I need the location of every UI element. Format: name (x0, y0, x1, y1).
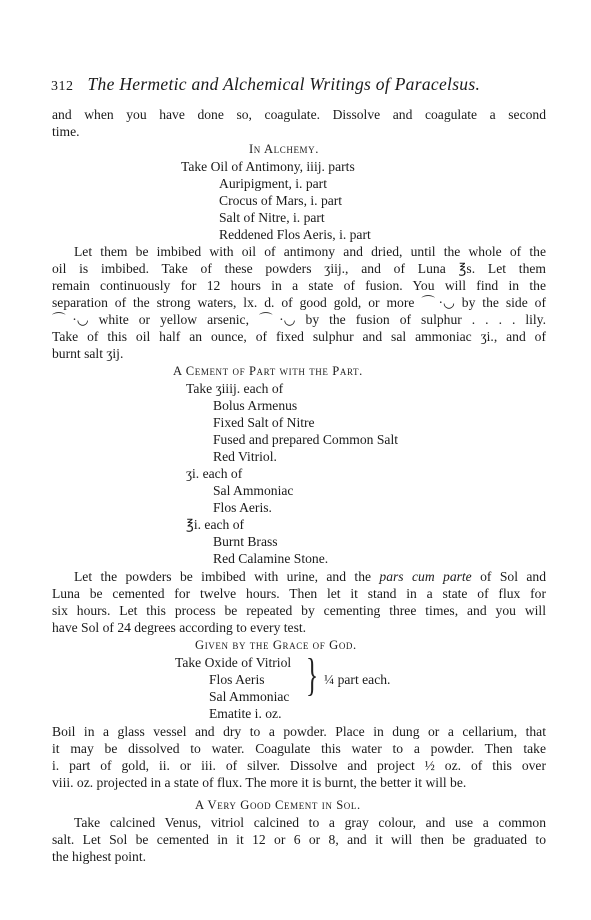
body-line: Take calcined Venus, vitriol calcined to… (52, 814, 546, 831)
recipe-ingredient: Sal Ammoniac (209, 688, 289, 705)
section-heading: A Very Good Cement in Sol. (195, 797, 361, 814)
recipe-ingredient: Sal Ammoniac (213, 482, 293, 499)
body-line: Let the powders be imbibed with urine, a… (52, 568, 546, 585)
body-line: i. part of gold, ii. or iii. of silver. … (52, 757, 546, 774)
body-line: the highest point. (52, 848, 546, 865)
body-line: time. (52, 123, 546, 140)
body-line: separation of the strong waters, lx. d. … (52, 294, 546, 311)
latin-phrase: pars cum parte (379, 569, 471, 584)
recipe-ingredient: Flos Aeris. (213, 499, 272, 516)
body-line: and when you have done so, coagulate. Di… (52, 106, 546, 123)
body-line: it may be dissolved to water. Coagulate … (52, 740, 546, 757)
recipe-ingredient: Fixed Salt of Nitre (213, 414, 315, 431)
recipe-ingredient: Auripigment, i. part (219, 175, 327, 192)
running-head: 312The Hermetic and Alchemical Writings … (51, 74, 480, 95)
page-number: 312 (51, 79, 74, 95)
section-heading: Given by the Grace of God. (195, 637, 357, 654)
recipe-take-line: Take Oxide of Vitriol (175, 654, 291, 671)
recipe-take-line: ʒi. each of (186, 465, 242, 482)
body-line: Take of this oil half an ounce, of fixed… (52, 328, 546, 345)
body-line: Let them be imbibed with oil of antimony… (52, 243, 546, 260)
recipe-ingredient: Burnt Brass (213, 533, 278, 550)
body-line: Luna be cemented for twelve hours. Then … (52, 585, 546, 602)
recipe-ingredient: Salt of Nitre, i. part (219, 209, 325, 226)
recipe-ingredient: Fused and prepared Common Salt (213, 431, 398, 448)
body-text: Let the powders be imbibed with urine, a… (74, 569, 379, 584)
body-text: of Sol and (472, 569, 546, 584)
body-line: ⌒·◡ white or yellow arsenic, ⌒·◡ by the … (52, 311, 546, 328)
body-line: salt. Let Sol be cemented in it 12 or 6 … (52, 831, 546, 848)
recipe-take-line: Take ʒiiij. each of (186, 380, 283, 397)
body-line: remain continuously for 12 hours in a st… (52, 277, 546, 294)
body-line: six hours. Let this process be repeated … (52, 602, 546, 619)
body-line: oil is imbibed. Take of these powders ʒi… (52, 260, 546, 277)
body-line: Boil in a glass vessel and dry to a powd… (52, 723, 546, 740)
recipe-ingredient: Ematite i. oz. (209, 705, 281, 722)
recipe-ingredient: Crocus of Mars, i. part (219, 192, 342, 209)
recipe-ingredient: Reddened Flos Aeris, i. part (219, 226, 371, 243)
body-line: have Sol of 24 degrees according to ever… (52, 619, 546, 636)
running-title: The Hermetic and Alchemical Writings of … (88, 74, 481, 94)
recipe-take-line: Take Oil of Antimony, iiij. parts (181, 158, 355, 175)
recipe-ingredient: Bolus Armenus (213, 397, 297, 414)
body-line: burnt salt ʒij. (52, 345, 546, 362)
curly-brace-icon: } (306, 652, 318, 698)
book-page: 312The Hermetic and Alchemical Writings … (0, 0, 591, 920)
recipe-ingredient: Red Vitriol. (213, 448, 277, 465)
body-line: viii. oz. projected in a state of flux. … (52, 774, 546, 791)
recipe-ingredient: Flos Aeris (209, 671, 265, 688)
recipe-take-line: ℥i. each of (186, 516, 244, 533)
brace-label: ¼ part each. (324, 671, 390, 688)
section-heading: In Alchemy. (249, 141, 319, 158)
recipe-ingredient: Red Calamine Stone. (213, 550, 328, 567)
section-heading: A Cement of Part with the Part. (173, 363, 363, 380)
